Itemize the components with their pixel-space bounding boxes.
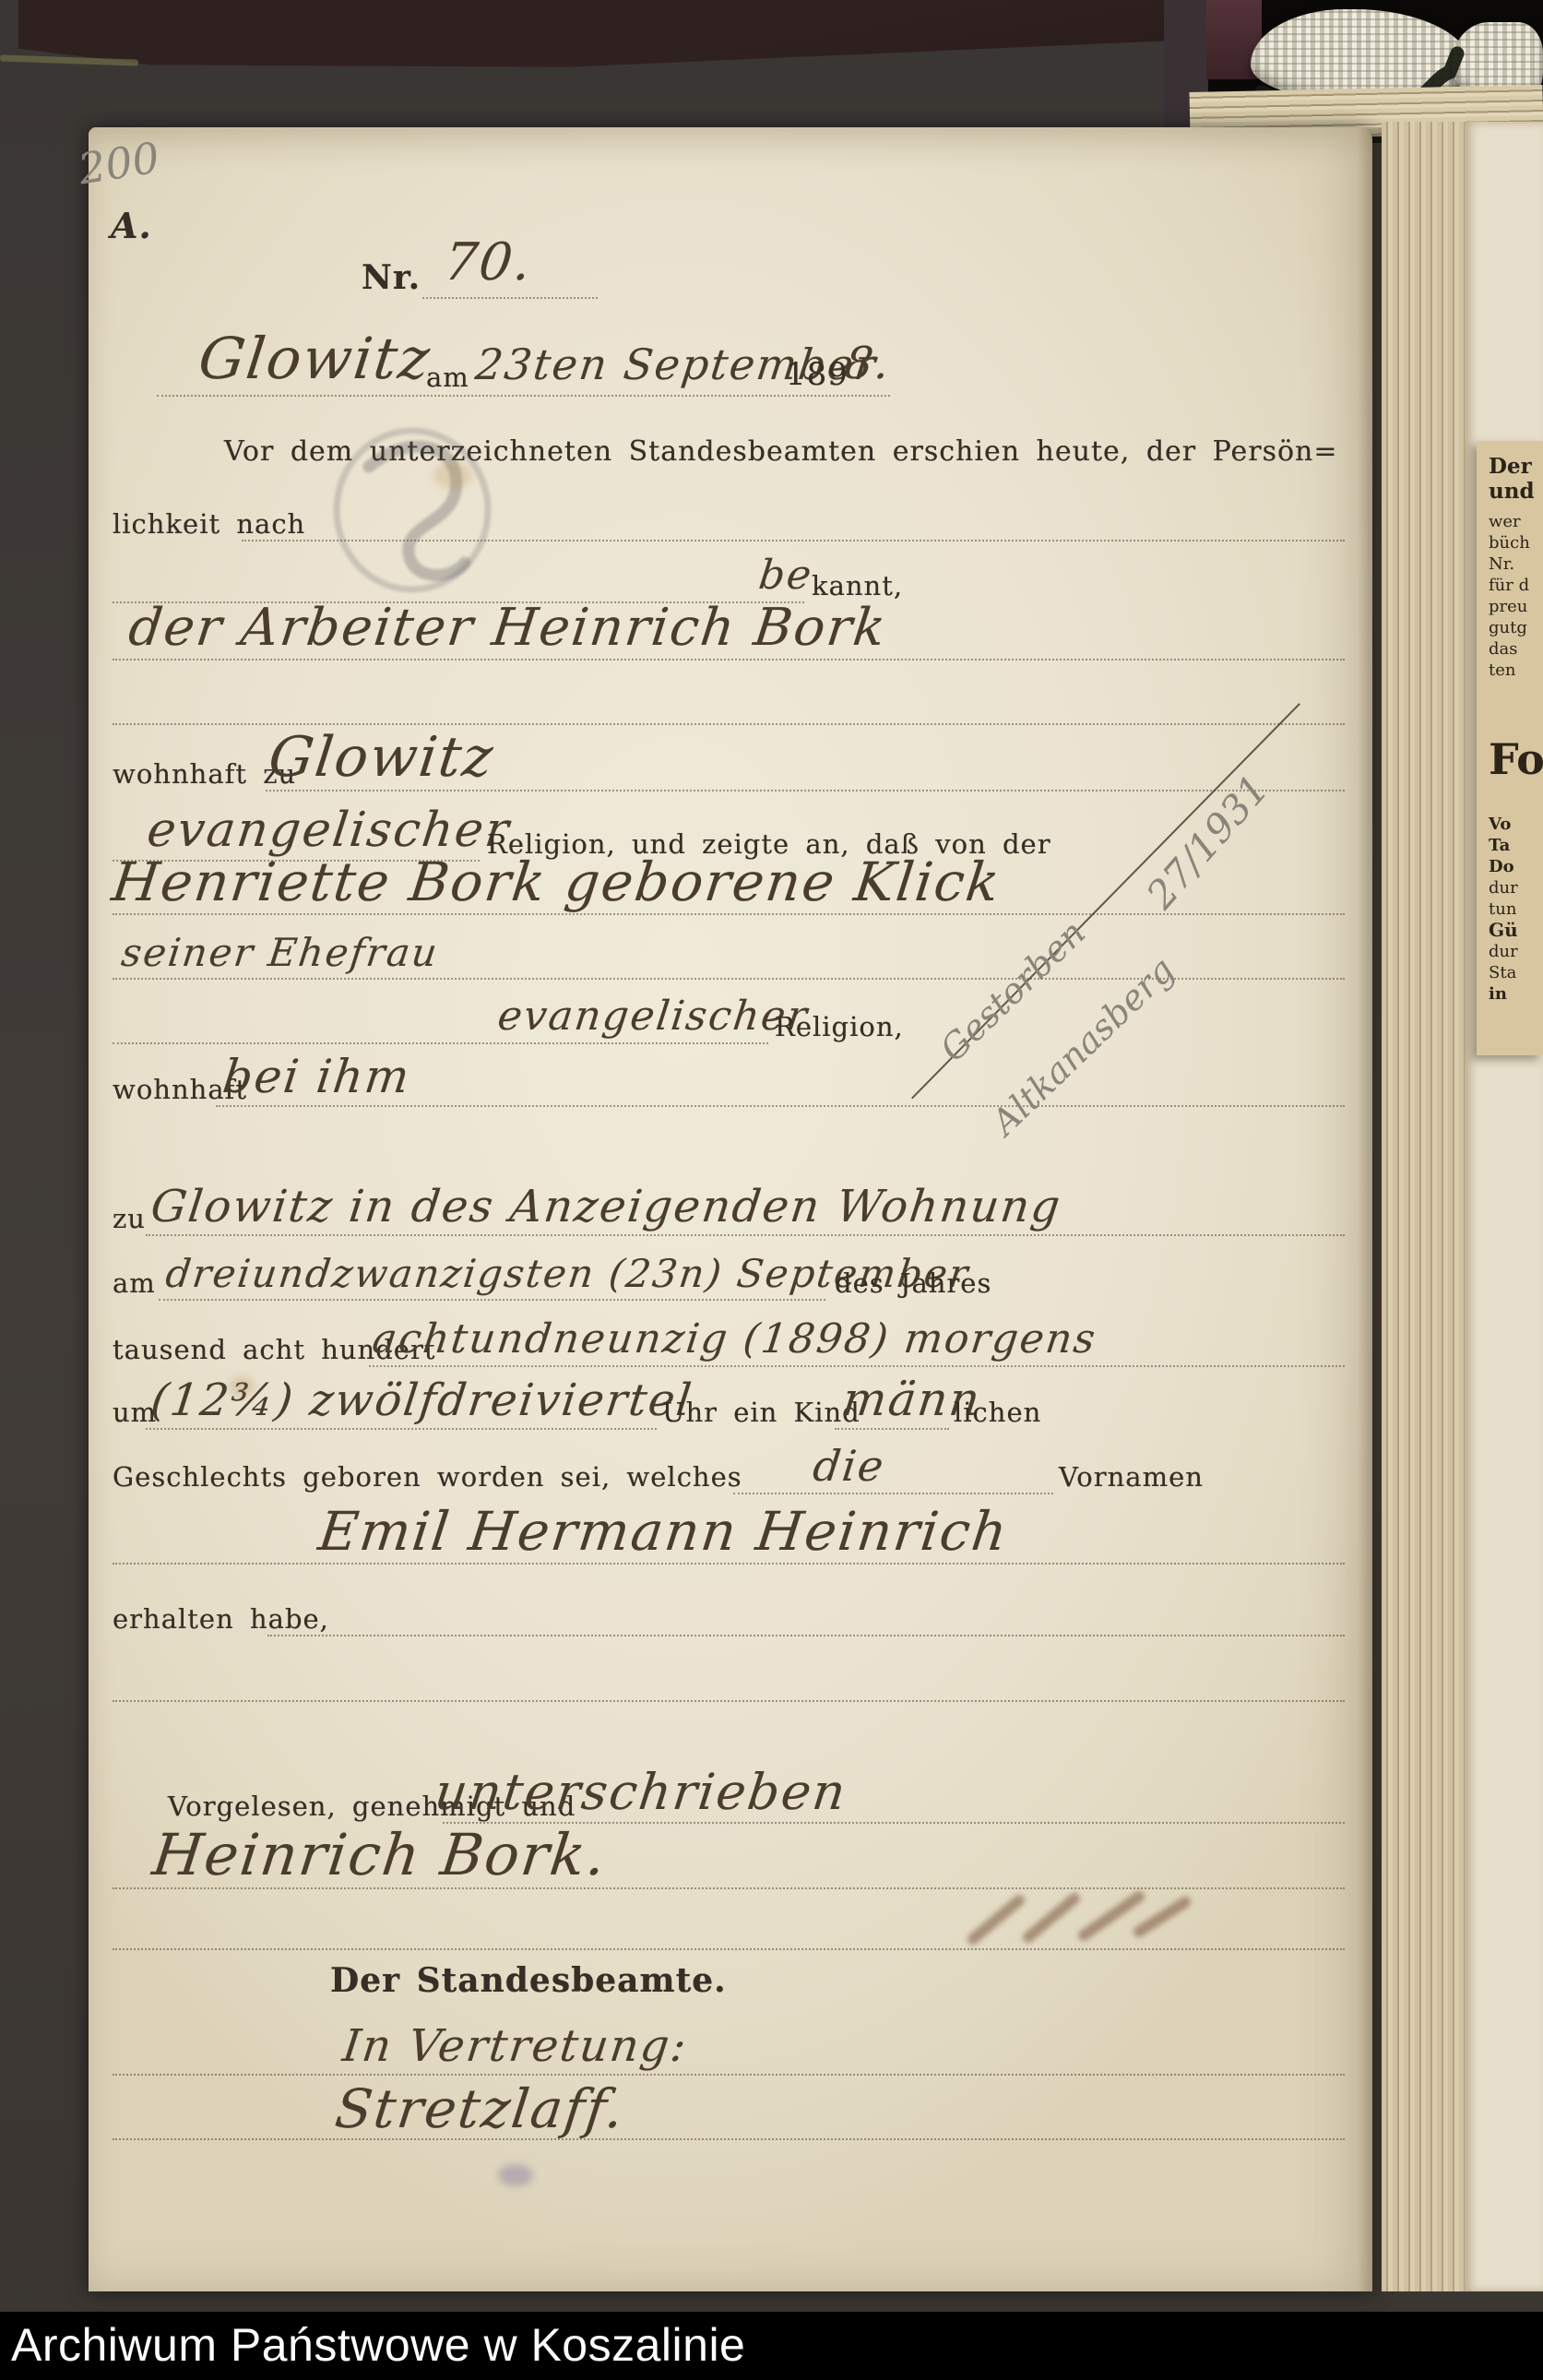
dotted-line	[146, 1234, 1345, 1236]
birth-year: achtundneunzig (1898) morgens	[370, 1315, 1099, 1363]
form-intro-line2: lichkeit nach	[113, 508, 305, 540]
mother-name: Henriette Bork geborene Klick	[109, 851, 1004, 913]
zu-label: zu	[113, 1203, 146, 1234]
dotted-line	[113, 2138, 1345, 2140]
mother-religion: evangelischer	[495, 993, 812, 1040]
dateline-place: Glowitz	[196, 325, 435, 392]
slip-heading: Fo	[1489, 736, 1543, 782]
dotted-line	[266, 790, 1345, 791]
registrar-signature: Stretzlaff.	[332, 2077, 629, 2140]
bekannt-prefix-handwritten: be	[756, 552, 815, 599]
slip-text: preu	[1489, 596, 1543, 617]
dotted-line	[835, 1428, 949, 1430]
dotted-line	[113, 659, 1345, 660]
slip-text: Gü	[1489, 920, 1543, 941]
vornamen-label: Vornamen	[1059, 1461, 1204, 1493]
geschlechts-label: Geschlechts geboren worden sei, welches	[113, 1461, 742, 1493]
dotted-line	[113, 1563, 1345, 1565]
slip-text: Vo	[1489, 814, 1543, 835]
dotted-line	[157, 395, 890, 397]
declarant-residence: Glowitz	[266, 725, 498, 790]
slip-text: Sta	[1489, 962, 1543, 983]
dotted-line	[113, 1700, 1345, 1702]
ink-stamp	[325, 426, 500, 594]
uhr-ein-kind-label: Uhr ein Kind	[662, 1397, 861, 1428]
dotted-line	[422, 297, 598, 299]
faint-stamp-mark	[498, 2164, 533, 2186]
dotted-line	[267, 1635, 1345, 1636]
article-die: die	[811, 1441, 888, 1491]
archival-scan: 200 A. Nr. 70. Glowitz am 23ten Septembe…	[0, 0, 1543, 2380]
book-cover-edge	[18, 0, 1217, 101]
declarant-religion: evangelischer	[144, 803, 513, 858]
page-stack-edges	[1382, 122, 1466, 2291]
record-number-value: 70.	[441, 232, 536, 292]
dateline-year-handwritten: 8.	[842, 338, 895, 389]
dotted-line	[146, 1428, 657, 1430]
dateline-year-printed: 189	[786, 356, 849, 393]
slip-text: Der	[1489, 454, 1543, 479]
erhalten-habe-label: erhalten habe,	[113, 1603, 329, 1635]
slip-text: ten	[1489, 660, 1543, 681]
pasted-slip: Der und wer büch Nr. für d preu gutg das…	[1477, 441, 1543, 1055]
slip-text: Ta	[1489, 835, 1543, 856]
archive-name: Archiwum Państwowe w Koszalinie	[11, 2318, 745, 2372]
slip-text: in	[1489, 983, 1543, 1005]
mother-residence: bei ihm	[220, 1050, 413, 1103]
religion2-label: Religion,	[775, 1011, 904, 1042]
declarant-name: der Arbeiter Heinrich Bork	[125, 598, 890, 658]
section-letter: A.	[111, 205, 152, 246]
slip-text: und	[1489, 479, 1543, 504]
slip-text: Nr.	[1489, 553, 1543, 575]
child-names: Emil Hermann Heinrich	[315, 1500, 1013, 1563]
birthplace: Glowitz in des Anzeigenden Wohnung	[148, 1181, 1065, 1232]
bekannt-printed: kannt,	[812, 570, 903, 601]
slip-text: gutg	[1489, 617, 1543, 638]
slip-text: tun	[1489, 898, 1543, 920]
slip-text: wer	[1489, 511, 1543, 532]
dotted-line	[113, 1948, 1345, 1950]
slip-text: Do	[1489, 856, 1543, 877]
paper-stain	[433, 461, 472, 489]
dotted-line	[113, 1042, 768, 1044]
ink-smudge	[955, 1884, 1213, 1948]
declarant-signature: Heinrich Bork.	[149, 1821, 611, 1888]
dotted-line	[369, 1365, 1345, 1367]
deputy-note: In Vertretung:	[340, 2020, 691, 2072]
dateline-am-label: am	[426, 362, 469, 393]
dotted-line	[216, 1105, 1345, 1107]
slip-text: dur	[1489, 877, 1543, 898]
slip-text: das	[1489, 638, 1543, 660]
registrar-heading: Der Standesbeamte.	[330, 1961, 727, 2000]
des-jahres-label: des Jahres	[835, 1267, 991, 1299]
mother-relation: seiner Ehefrau	[119, 930, 441, 975]
paper-stain	[229, 1376, 255, 1397]
slip-text: büch	[1489, 532, 1543, 553]
dotted-line	[113, 2074, 1345, 2076]
dotted-line	[113, 913, 1345, 915]
unterschrieben-handwritten: unterschrieben	[432, 1763, 850, 1821]
record-number-label: Nr.	[362, 258, 421, 297]
slip-text: für d	[1489, 575, 1543, 596]
lichen-label: lichen	[954, 1397, 1041, 1428]
dotted-line	[159, 1299, 825, 1301]
am-label: am	[113, 1267, 156, 1299]
slip-text: dur	[1489, 941, 1543, 962]
dotted-line	[733, 1493, 1053, 1494]
